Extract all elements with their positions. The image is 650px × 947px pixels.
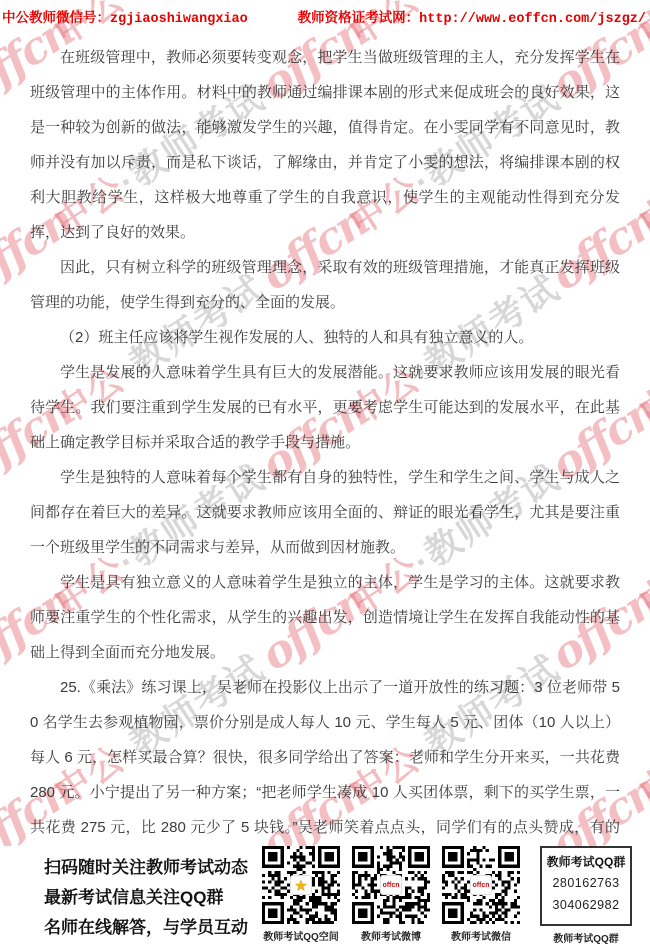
qr-code-qzone-icon: ★ bbox=[262, 846, 340, 924]
document-body: 在班级管理中，教师必须要转变观念，把学生当做班级管理的主人，充分发挥学生在班级管… bbox=[0, 27, 650, 880]
qq-group-box: 教师考试QQ群 280162763 304062982 bbox=[540, 846, 632, 926]
paragraph: 学生是独特的人意味着每个学生都有自身的独特性，学生和学生之间、学生与成人之间都存… bbox=[30, 460, 620, 565]
qq-group-number: 280162763 bbox=[542, 872, 630, 894]
qq-group-caption: 教师考试QQ群 bbox=[536, 930, 636, 945]
qq-group-number: 304062982 bbox=[542, 894, 630, 916]
qr-caption: 教师考试微信 bbox=[442, 928, 520, 943]
qr-caption: 教师考试微博 bbox=[352, 928, 430, 943]
qr-block-wechat: offcn 教师考试微信 bbox=[442, 846, 520, 943]
paragraph: 学生是发展的人意味着学生具有巨大的发展潜能。这就要求教师应该用发展的眼光看待学生… bbox=[30, 355, 620, 460]
qr-block-qzone: ★ 教师考试QQ空间 bbox=[262, 846, 340, 943]
page-footer: 扫码随时关注教师考试动态 最新考试信息关注QQ群 名师在线解答，与学员互动 ★ … bbox=[0, 846, 650, 947]
paragraph: 因此，只有树立科学的班级管理理念，采取有效的班级管理措施，才能真正发挥班级管理的… bbox=[30, 250, 620, 320]
qr-caption: 教师考试QQ空间 bbox=[262, 928, 340, 943]
offcn-logo-icon: offcn bbox=[380, 875, 402, 895]
header-site-url[interactable]: 教师资格证考试网：http://www.eoffcn.com/jszgz/ bbox=[298, 6, 646, 27]
paragraph: 在班级管理中，教师必须要转变观念，把学生当做班级管理的主人，充分发挥学生在班级管… bbox=[30, 40, 620, 250]
paragraph: 学生是具有独立意义的人意味着学生是独立的主体，学生是学习的主体。这就要求教师要注… bbox=[30, 565, 620, 670]
page-header: 中公教师微信号：zgjiaoshiwangxiao 教师资格证考试网：http:… bbox=[0, 0, 650, 27]
promo-line: 最新考试信息关注QQ群 bbox=[44, 883, 262, 913]
qq-group-title: 教师考试QQ群 bbox=[542, 852, 630, 872]
qr-code-wechat-icon: offcn bbox=[442, 846, 520, 924]
document-page: offcn中公·教师考试offcn中公·教师考试offcn中公·教师考试offc… bbox=[0, 0, 650, 947]
paragraph: （2）班主任应该将学生视作发展的人、独特的人和具有独立意义的人。 bbox=[30, 320, 620, 355]
offcn-logo-icon: offcn bbox=[470, 875, 492, 895]
qr-code-weibo-icon: offcn bbox=[352, 846, 430, 924]
promo-line: 名师在线解答，与学员互动 bbox=[44, 913, 262, 943]
qq-group-block: 教师考试QQ群 280162763 304062982 教师考试QQ群 bbox=[536, 846, 636, 945]
promo-line: 扫码随时关注教师考试动态 bbox=[44, 853, 262, 883]
qr-block-weibo: offcn 教师考试微博 bbox=[352, 846, 430, 943]
header-wechat-id: 中公教师微信号：zgjiaoshiwangxiao bbox=[2, 6, 248, 27]
qzone-star-icon: ★ bbox=[290, 875, 312, 895]
footer-promo: 扫码随时关注教师考试动态 最新考试信息关注QQ群 名师在线解答，与学员互动 bbox=[0, 846, 262, 943]
